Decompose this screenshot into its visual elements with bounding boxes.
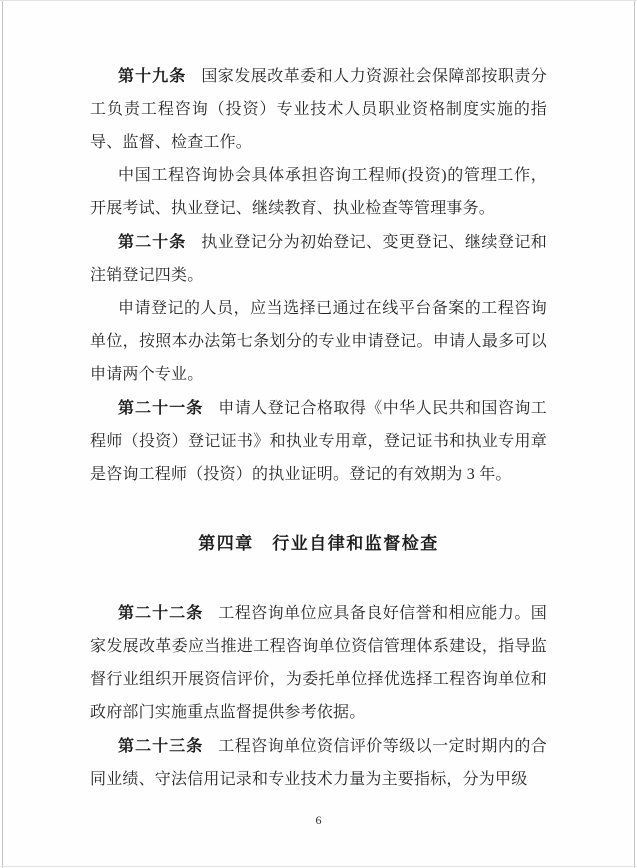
page-right-edge-line bbox=[634, 0, 635, 868]
article-21-number: 第二十一条 bbox=[118, 398, 203, 417]
association-duties-text: 中国工程咨询协会具体承担咨询工程师(投资)的管理工作，开展考试、执业登记、继续教… bbox=[90, 167, 547, 217]
paragraph-article-19: 第十九条国家发展改革委和人力资源社会保障部按职责分工负责工程咨询（投资）专业技术… bbox=[90, 59, 547, 159]
article-22-number: 第二十二条 bbox=[118, 603, 203, 622]
page-top-edge-line bbox=[0, 0, 637, 1]
article-20-number: 第二十条 bbox=[118, 232, 186, 251]
article-19-number: 第十九条 bbox=[118, 66, 186, 85]
chapter-4-heading: 第四章 行业自律和监督检查 bbox=[90, 528, 547, 561]
paragraph-association-duties: 中国工程咨询协会具体承担咨询工程师(投资)的管理工作，开展考试、执业登记、继续教… bbox=[90, 159, 547, 225]
paragraph-application-rules: 申请登记的人员，应当选择已通过在线平台备案的工程咨询单位，按照本办法第七条划分的… bbox=[90, 292, 547, 391]
paragraph-article-22: 第二十二条工程咨询单位应具备良好信誉和相应能力。国家发展改革委应当推进工程咨询单… bbox=[90, 596, 547, 729]
paragraph-article-20: 第二十条执业登记分为初始登记、变更登记、继续登记和注销登记四类。 bbox=[90, 225, 547, 292]
paragraph-article-21: 第二十一条申请人登记合格取得《中华人民共和国咨询工程师（投资）登记证书》和执业专… bbox=[90, 391, 547, 491]
page-number: 6 bbox=[0, 812, 637, 828]
document-body: 第十九条国家发展改革委和人力资源社会保障部按职责分工负责工程咨询（投资）专业技术… bbox=[90, 59, 547, 796]
article-22-text: 工程咨询单位应具备良好信誉和相应能力。国家发展改革委应当推进工程咨询单位资信管理… bbox=[90, 605, 547, 721]
page-bottom-edge-line bbox=[0, 866, 637, 867]
paragraph-article-23: 第二十三条工程咨询单位资信评价等级以一定时期内的合同业绩、守法信用记录和专业技术… bbox=[90, 729, 547, 796]
scanned-document-page: 第十九条国家发展改革委和人力资源社会保障部按职责分工负责工程咨询（投资）专业技术… bbox=[0, 0, 637, 868]
application-rules-text: 申请登记的人员，应当选择已通过在线平台备案的工程咨询单位，按照本办法第七条划分的… bbox=[90, 300, 547, 383]
page-left-edge-line bbox=[2, 0, 3, 868]
article-23-number: 第二十三条 bbox=[118, 736, 203, 755]
